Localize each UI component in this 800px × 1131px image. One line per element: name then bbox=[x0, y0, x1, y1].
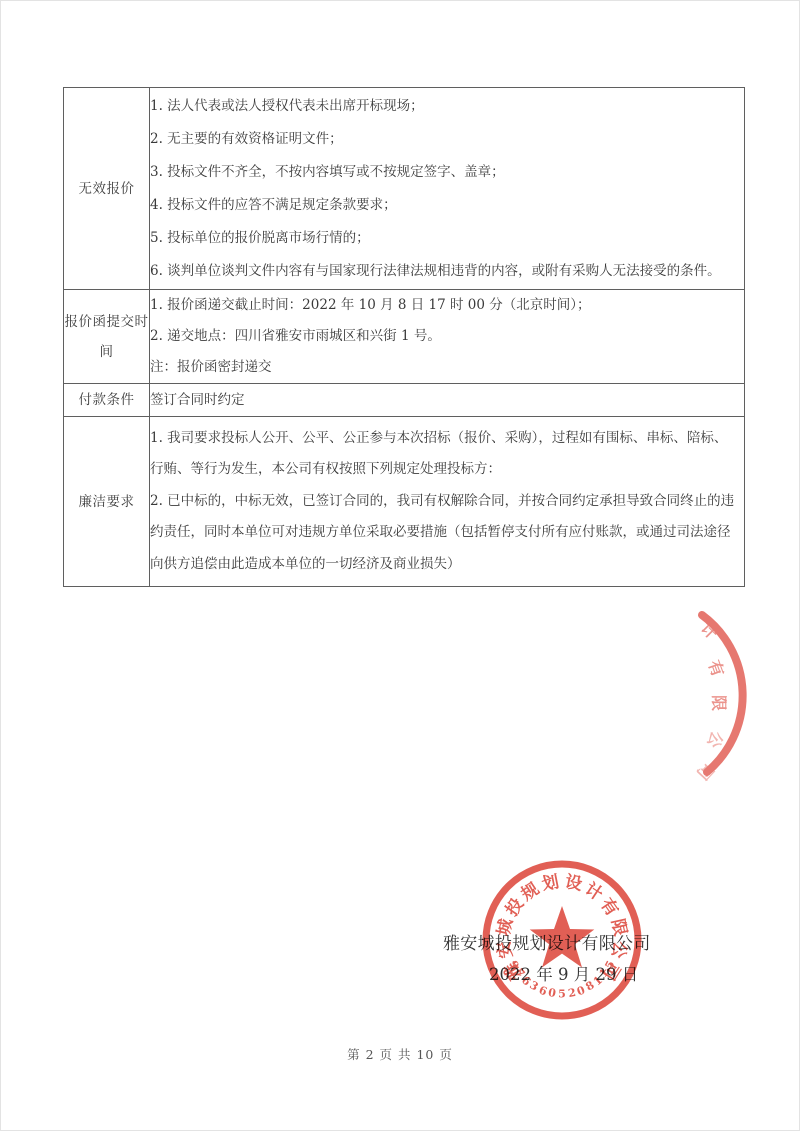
seal-num-char: 2 bbox=[567, 986, 577, 1000]
row-content: 1. 法人代表或法人授权代表未出席开标现场； 2. 无主要的有效资格证明文件； … bbox=[150, 88, 745, 290]
row-content: 1. 报价函递交截止时间：2022 年 10 月 8 日 17 时 00 分（北… bbox=[150, 290, 745, 384]
seal-ring-char: 计 bbox=[581, 875, 609, 905]
partial-seal-stamp: 计有限公司 bbox=[672, 600, 772, 795]
seal-ring-char: 有 bbox=[596, 892, 626, 920]
cell-line: 2. 已中标的，中标无效，已签订合同的，我司有权解除合同，并按合同约定承担导致合… bbox=[150, 486, 744, 518]
cell-line: 2. 无主要的有效资格证明文件； bbox=[150, 123, 744, 156]
cell-line: 约责任，同时本单位可对违规方单位采取必要措施（包括暂停支付所有应付账款，或通过司… bbox=[150, 517, 744, 549]
document-page: 无效报价 1. 法人代表或法人授权代表未出席开标现场； 2. 无主要的有效资格证… bbox=[0, 0, 800, 1131]
partial-seal-char: 司 bbox=[692, 758, 720, 785]
cell-line: 行贿、等行为发生，本公司有权按照下列规定处理投标方： bbox=[150, 454, 744, 486]
seal-ring-char: 投 bbox=[497, 892, 527, 920]
cell-line: 1. 报价函递交截止时间：2022 年 10 月 8 日 17 时 00 分（北… bbox=[150, 290, 744, 321]
cell-line: 向供方追偿由此造成本单位的一切经济及商业损失） bbox=[150, 549, 744, 581]
row-label-text: 无效报价 bbox=[79, 181, 135, 197]
table-row-invalid-bid: 无效报价 1. 法人代表或法人授权代表未出席开标现场； 2. 无主要的有效资格证… bbox=[64, 88, 745, 290]
partial-seal-char: 有 bbox=[703, 657, 730, 680]
cell-line: 1. 法人代表或法人授权代表未出席开标现场； bbox=[150, 90, 744, 123]
cell-line: 6. 谈判单位谈判文件内容有与国家现行法律法规相违背的内容，或附有采购人无法接受… bbox=[150, 255, 744, 288]
row-label-text: 廉洁要求 bbox=[79, 494, 135, 510]
row-content: 1. 我司要求投标人公开、公平、公正参与本次招标（报价、采购），过程如有围标、串… bbox=[150, 417, 745, 587]
seal-num-char: 0 bbox=[547, 986, 557, 1000]
cell-line: 3. 投标文件不齐全，不按内容填写或不按规定签字、盖章； bbox=[150, 156, 744, 189]
cell-line: 1. 我司要求投标人公开、公平、公正参与本次招标（报价、采购），过程如有围标、串… bbox=[150, 423, 744, 455]
row-label: 无效报价 bbox=[64, 88, 150, 290]
row-label: 付款条件 bbox=[64, 384, 150, 417]
partial-seal-char: 公 bbox=[702, 728, 729, 751]
cell-line: 2. 递交地点：四川省雅安市雨城区和兴街 1 号。 bbox=[150, 321, 744, 352]
seal-ring-char: 规 bbox=[515, 875, 543, 905]
partial-seal-char: 限 bbox=[709, 695, 732, 711]
table-row-integrity: 廉洁要求 1. 我司要求投标人公开、公平、公正参与本次招标（报价、采购），过程如… bbox=[64, 417, 745, 587]
row-label-text: 付款条件 bbox=[79, 392, 135, 408]
cell-line: 4. 投标文件的应答不满足规定条款要求； bbox=[150, 189, 744, 222]
seal-ring-char: 划 bbox=[540, 867, 561, 895]
seal-ring-char: 设 bbox=[563, 867, 584, 895]
page-number-footer: 第 2 页 共 10 页 bbox=[0, 1045, 800, 1063]
row-label: 廉洁要求 bbox=[64, 417, 150, 587]
terms-table: 无效报价 1. 法人代表或法人授权代表未出席开标现场； 2. 无主要的有效资格证… bbox=[63, 87, 745, 587]
partial-seal-char: 计 bbox=[696, 616, 724, 644]
table-row-payment-terms: 付款条件 签订合同时约定 bbox=[64, 384, 745, 417]
cell-line: 注：报价函密封递交 bbox=[150, 352, 744, 383]
cell-line: 5. 投标单位的报价脱离市场行情的； bbox=[150, 222, 744, 255]
row-label-text: 报价函提交时间 bbox=[65, 314, 149, 360]
seal-num-char: 0 bbox=[575, 983, 587, 998]
partial-seal-rim-arc bbox=[702, 615, 743, 772]
row-content: 签订合同时约定 bbox=[150, 384, 745, 417]
row-label: 报价函提交时间 bbox=[64, 290, 150, 384]
seal-num-char: 5 bbox=[558, 988, 566, 1001]
cell-line: 签订合同时约定 bbox=[150, 385, 744, 416]
partial-seal-arc bbox=[672, 600, 772, 795]
table-row-submission-time: 报价函提交时间 1. 报价函递交截止时间：2022 年 10 月 8 日 17 … bbox=[64, 290, 745, 384]
signature-date: 2022 年 9 月 29 日 bbox=[489, 961, 638, 985]
seal-num-char: 6 bbox=[537, 983, 549, 998]
signature-company-name: 雅安城投规划设计有限公司 bbox=[443, 929, 651, 954]
